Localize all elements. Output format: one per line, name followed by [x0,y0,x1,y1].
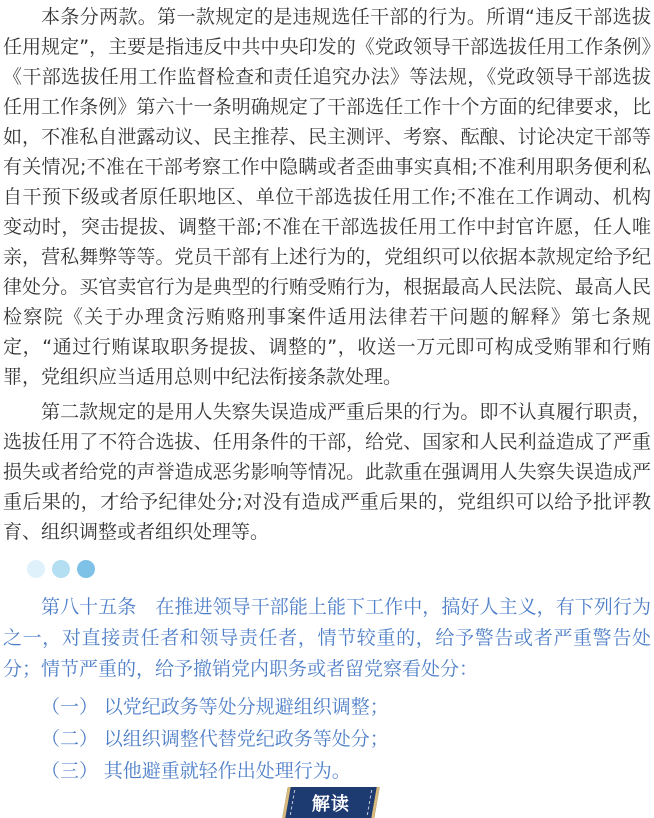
item-number: （三） [41,760,98,782]
regulation-item-1: （一）以党纪政务等处分规避组织调整； [3,691,651,723]
item-number: （一） [41,696,98,718]
divider-dot-dark [77,560,95,578]
regulation-section: 第八十五条 在推进领导干部能上能下工作中，搞好人主义，有下列行为之一，对直接责任… [3,592,651,787]
commentary-paragraph-2: 第二款规定的是用人失察失误造成严重后果的行为。即不认真履行职责，选拔任用了不符合… [3,397,651,547]
item-text: 以党纪政务等处分规避组织调整； [104,696,389,718]
regulation-item-2: （二）以组织调整代替党纪政务等处分； [3,723,651,755]
dashed-line-right [367,790,372,815]
regulation-article-intro: 第八十五条 在推进领导干部能上能下工作中，搞好人主义，有下列行为之一，对直接责任… [3,592,651,685]
item-text: 以组织调整代替党纪政务等处分； [104,728,389,750]
regulation-item-list: （一）以党纪政务等处分规避组织调整； （二）以组织调整代替党纪政务等处分； （三… [3,691,651,787]
item-text: 其他避重就轻作出处理行为。 [104,760,351,782]
item-number: （二） [41,728,98,750]
dashed-line-left [290,790,295,815]
footer: 解读 [3,787,651,818]
interpretation-button-label: 解读 [312,790,350,816]
regulation-item-3: （三）其他避重就轻作出处理行为。 [3,755,651,787]
commentary-paragraph-1: 本条分两款。第一款规定的是违规选任干部的行为。所谓“违反干部选拔任用规定”，主要… [3,2,651,392]
divider-dot-medium [52,560,70,578]
divider-dot-light [27,560,45,578]
interpretation-button[interactable]: 解读 [282,787,379,818]
section-divider-dots [27,560,651,578]
article-body: 本条分两款。第一款规定的是违规选任干部的行为。所谓“违反干部选拔任用规定”，主要… [0,0,654,818]
